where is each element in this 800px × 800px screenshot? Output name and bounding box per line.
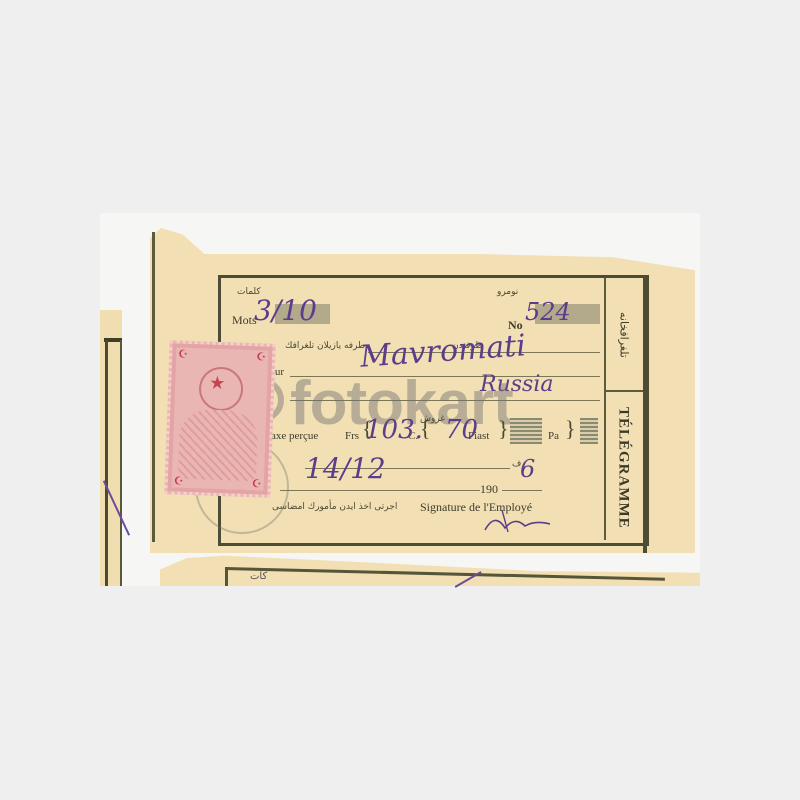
fragment-label: كات xyxy=(250,571,267,582)
brace-icon: } xyxy=(565,418,576,440)
amount-label-french: Taxe perçue xyxy=(265,430,318,442)
side-title-arabic: تلغرافخانه xyxy=(610,290,638,380)
perforation-edge xyxy=(152,232,155,542)
amount-label-arabic: غروش xyxy=(420,414,445,424)
star-icon: ★ xyxy=(209,373,226,395)
crescent-star-icon: ☪ xyxy=(252,477,262,490)
crescent-star-icon: ☪ xyxy=(174,474,184,487)
sender-label-arabic-prefix: طرفه یازیلان تلغرافك xyxy=(285,341,365,351)
year-line xyxy=(502,490,542,491)
crescent-star-icon: ☪ xyxy=(256,350,266,363)
stamp-tughra-pattern xyxy=(178,409,258,482)
signature-scribble xyxy=(480,500,560,540)
fragment-border xyxy=(105,340,108,586)
number-label-arabic: نومرو xyxy=(497,287,518,297)
date-handwritten: 14/12 xyxy=(305,452,386,485)
form-frame-bottom xyxy=(218,543,646,546)
francs-label: Frs xyxy=(345,430,359,442)
crescent-star-icon: ☪ xyxy=(178,348,188,361)
year-prefix: 190 xyxy=(480,482,498,497)
words-handwritten: 3/10 xyxy=(254,294,317,327)
paras-label: Pa xyxy=(548,430,559,442)
piastres-shaded-box xyxy=(510,418,542,444)
fragment-border xyxy=(120,340,122,586)
paras-shaded-box xyxy=(580,418,598,444)
signature-label-arabic: اجرتى اخذ ايدن مأمورك امضاسى xyxy=(272,502,397,512)
number-handwritten: 524 xyxy=(525,298,571,326)
words-label-french: Mots xyxy=(232,313,257,328)
form-frame-right xyxy=(643,275,647,553)
left-document-fragment xyxy=(100,310,122,586)
francs-handwritten: 103. xyxy=(365,415,423,445)
side-title-french: TÉLÉGRAMME xyxy=(608,400,638,535)
centimes-handwritten: 70 xyxy=(445,415,478,445)
year-line xyxy=(280,490,480,491)
brace-icon: } xyxy=(498,418,509,440)
year-handwritten: 6 xyxy=(520,455,535,483)
side-panel-divider xyxy=(604,278,606,540)
revenue-stamp: ☪ ☪ ★ ☪ ☪ xyxy=(164,340,275,498)
side-panel-divider xyxy=(604,390,643,392)
fragment-border xyxy=(225,567,228,587)
